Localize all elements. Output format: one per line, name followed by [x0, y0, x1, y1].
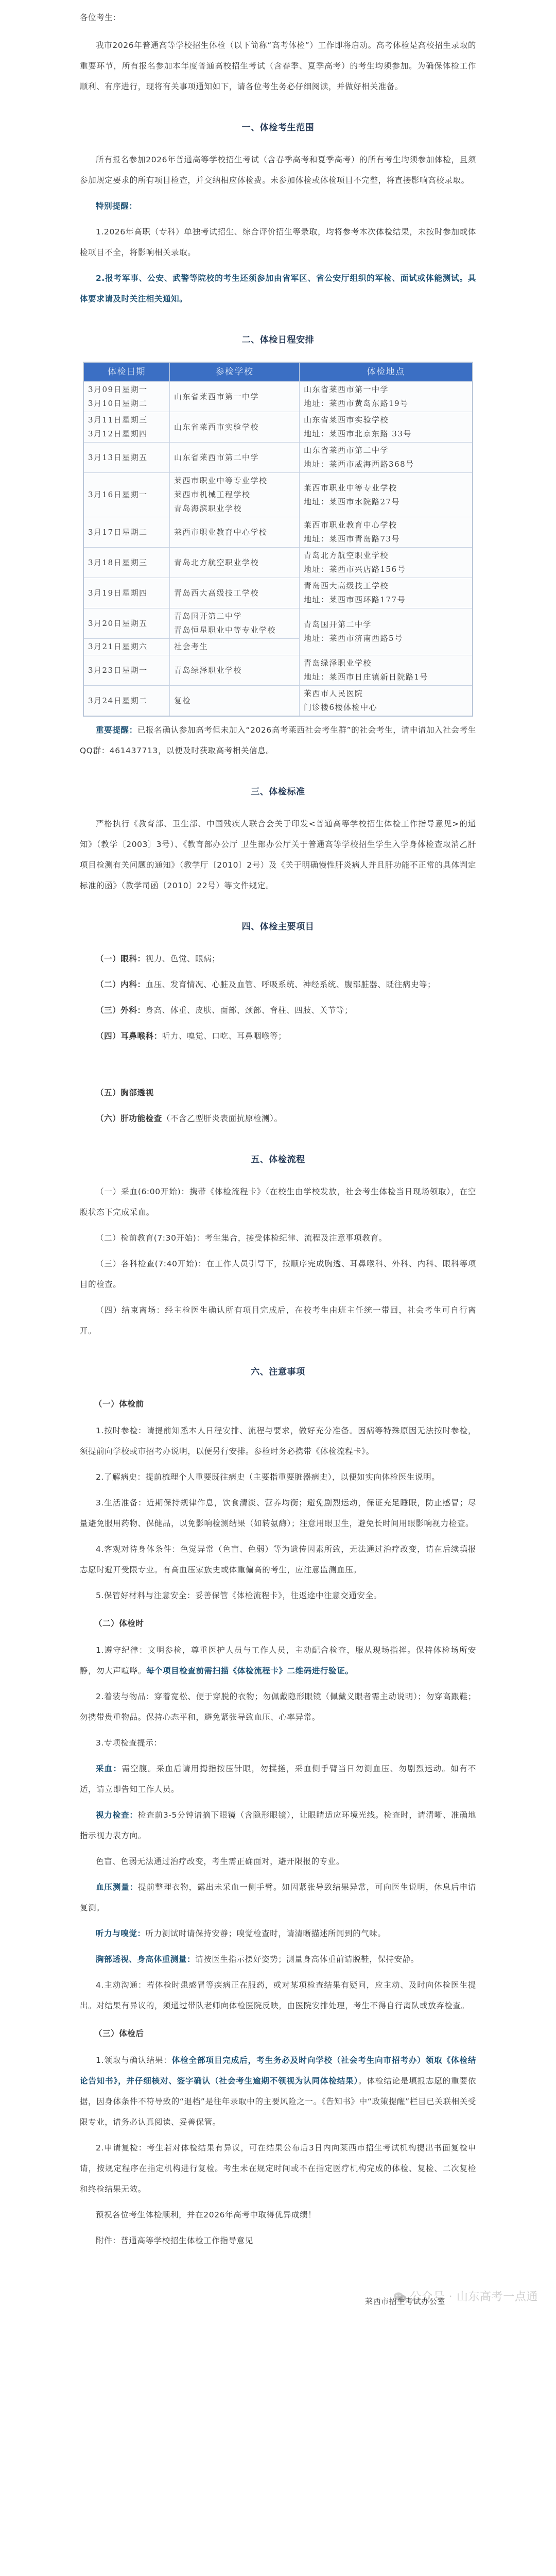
exam-item-chest: （五）胸部透视	[80, 1082, 476, 1103]
location-name: 莱西市人民医院	[304, 687, 468, 701]
during-item-2: 2.着装与物品：穿着宽松、便于穿脱的衣物；勿佩戴隐形眼镜（佩戴义眼者需主动说明）…	[80, 1686, 476, 1727]
location-address: 地址：莱西市青岛路73号	[304, 532, 468, 546]
location-name: 青岛北方航空职业学校	[304, 549, 468, 563]
special-reminder-label: 特别提醒：	[80, 196, 476, 216]
school: 青岛北方航空职业学校	[174, 556, 295, 570]
table-row: 3月18日星期三 青岛北方航空职业学校 青岛北方航空职业学校地址：莱西市兴店路1…	[83, 548, 473, 578]
schedule-header-row: 体检日期 参检学校 体检地点	[83, 362, 473, 382]
school: 莱西市职业教育中心学校	[174, 526, 295, 539]
date: 3月10日星期二	[88, 397, 165, 411]
tip-blood-draw: 采血：需空腹。采血后请用拇指按压针眼，勿揉搓，采血侧手臂当日勿测血压、勿剧烈运动…	[80, 1758, 476, 1800]
before-item-4: 4.客观对待身体条件：色觉异常（色盲、色弱）等为遗传因素所致，无法通过治疗改变，…	[80, 1539, 476, 1580]
during-item-4: 4.主动沟通：若体检时患感冒等疾病正在服药，或对某项检查结果有疑问，应主动、及时…	[80, 1975, 476, 2016]
section-title-items: 四、体检主要项目	[80, 917, 476, 937]
before-item-3: 3.生活准备：近期保持规律作息，饮食清淡、营养均衡；避免剧烈运动，保证充足睡眠，…	[80, 1493, 476, 1534]
exam-item-internal: （二）内科：血压、发育情况、心脏及血管、呼吸系统、神经系统、腹部脏器、既往病史等…	[80, 974, 476, 995]
issuer-signature: 莱西市招生考试办公室	[365, 2291, 445, 2312]
date: 3月18日星期三	[88, 556, 165, 570]
reminder-item-1: 1.2026年高职（专科）单独考试招生、综合评价招生等录取，均将参考本次体检结果…	[80, 222, 476, 263]
tip-color-blindness: 色盲、色弱无法通过治疗改变，考生需正确面对，避开限报的专业。	[80, 1851, 476, 1872]
signature-block: 公众号 · 山东高考一点通 莱西市招生考试办公室	[80, 2287, 476, 2313]
location-address: 地址：莱西市西环路177号	[304, 593, 468, 607]
date: 3月19日星期四	[88, 586, 165, 600]
exam-item-liver: （六）肝功能检查（不含乙型肝炎表面抗原检测）。	[80, 1108, 476, 1129]
intro-paragraph: 我市2026年普通高等学校招生体检（以下简称“高考体检”）工作即将启动。高考体检…	[80, 35, 476, 97]
section-title-standards: 三、体检标准	[80, 782, 476, 802]
location-address: 地址：莱西市济南西路5号	[304, 632, 468, 646]
standards-paragraph: 严格执行《教育部、卫生部、中国残疾人联合会关于印发<普通高等学校招生体检工作指导…	[80, 814, 476, 896]
subheading-before: （一）体检前	[80, 1394, 476, 1414]
exam-item-surgery: （三）外科：身高、体重、皮肤、面部、颈部、脊柱、四肢、关节等；	[80, 1000, 476, 1021]
before-item-1: 1.按时参检：请提前知悉本人日程安排、流程与要求，做好充分准备。因病等特殊原因无…	[80, 1420, 476, 1462]
section-title-scope: 一、体检考生范围	[80, 117, 476, 138]
process-step-2: （二）检前教育(7:30开始)：考生集合，接受体检纪律、流程及注意事项教育。	[80, 1228, 476, 1248]
location-name: 山东省莱西市第二中学	[304, 444, 468, 457]
process-step-1: （一）采血(6:00开始)：携带《体检流程卡》（在校生由学校发放，社会考生体检当…	[80, 1181, 476, 1223]
after-item-2: 2.申请复检：考生若对体检结果有异议，可在结果公布后3日内向莱西市招生考试机构提…	[80, 2138, 476, 2199]
process-step-4: （四）结束离场：经主检医生确认所有项目完成后，在校考生由班主任统一带回，社会考生…	[80, 1300, 476, 1341]
location-name: 莱西市职业中等专业学校	[304, 481, 468, 495]
subheading-during: （二）体检时	[80, 1613, 476, 1634]
attachment-note: 附件：普通高等学校招生体检工作指导意见	[80, 2230, 476, 2251]
tip-vision: 视力检查：检查前3-5分钟请摘下眼镜（含隐形眼镜），让眼睛适应环境光线。检查时，…	[80, 1805, 476, 1846]
header-school: 参检学校	[170, 362, 300, 382]
date: 3月21日星期六	[88, 640, 165, 654]
school: 社会考生	[174, 640, 295, 654]
location-name: 青岛绿泽职业学校	[304, 656, 468, 670]
section-title-schedule: 二、体检日程安排	[80, 330, 476, 350]
process-step-3: （三）各科检查(7:40开始)：在工作人员引导下，按顺序完成胸透、耳鼻喉科、外科…	[80, 1253, 476, 1295]
table-row: 3月24日星期二 复检 莱西市人民医院门诊楼6楼体检中心	[83, 686, 473, 717]
date: 3月17日星期二	[88, 526, 165, 539]
closing-wish: 预祝各位考生体检顺利，并在2026年高考中取得优异成绩！	[80, 2205, 476, 2225]
school: 青岛国开第二中学	[174, 609, 295, 623]
location-address: 地址：莱西市日庄镇新日院路1号	[304, 670, 468, 684]
school: 山东省莱西市实验学校	[174, 420, 295, 434]
school: 山东省莱西市第一中学	[174, 390, 295, 404]
after-item-1: 1.领取与确认结果：体检全部项目完成后，考生务必及时向学校（社会考生向市招考办）…	[80, 2050, 476, 2132]
table-row: 3月19日星期四 青岛西大高级技工学校 青岛西大高级技工学校地址：莱西市西环路1…	[83, 578, 473, 608]
notice-document: 各位考生: 我市2026年普通高等学校招生体检（以下简称“高考体检”）工作即将启…	[80, 0, 476, 2344]
section-title-notes: 六、注意事项	[80, 1362, 476, 1382]
header-date: 体检日期	[83, 362, 170, 382]
schedule-table: 体检日期 参检学校 体检地点 3月09日星期一3月10日星期二 山东省莱西市第一…	[83, 362, 473, 717]
date: 3月20日星期五	[88, 617, 165, 631]
date: 3月23日星期一	[88, 664, 165, 677]
exam-item-eye: （一）眼科：视力、色觉、眼病；	[80, 948, 476, 969]
location-address: 地址：莱西市兴店路156号	[304, 563, 468, 577]
important-label: 重要提醒：	[96, 725, 137, 735]
section-title-process: 五、体检流程	[80, 1149, 476, 1170]
school: 复检	[174, 694, 295, 708]
date: 3月12日星期四	[88, 427, 165, 441]
location-name: 莱西市职业教育中心学校	[304, 518, 468, 532]
location-address: 地址：莱西市北京东路 33号	[304, 427, 468, 441]
reminder-item-2: 2.报考军事、公安、武警等院校的考生还须参加由省军区、省公安厅组织的军检、面试或…	[80, 268, 476, 309]
school: 青岛海滨职业学校	[174, 502, 295, 516]
school: 山东省莱西市第二中学	[174, 451, 295, 465]
table-row: 3月16日星期一 莱西市职业中等专业学校莱西市机械工程学校青岛海滨职业学校 莱西…	[83, 473, 473, 517]
exam-item-ent: （四）耳鼻喉科：听力、嗅觉、口吃、耳鼻咽喉等；	[80, 1026, 476, 1046]
location-name: 青岛西大高级技工学校	[304, 579, 468, 593]
location-name: 山东省莱西市第一中学	[304, 383, 468, 397]
date: 3月13日星期五	[88, 451, 165, 465]
important-reminder: 重要提醒：已报名确认参加高考但未加入“2026高考莱西社会考生群”的社会考生，请…	[80, 720, 476, 761]
location-name: 青岛国开第二中学	[304, 618, 468, 632]
table-row: 3月11日星期三3月12日星期四 山东省莱西市实验学校 山东省莱西市实验学校地址…	[83, 412, 473, 443]
date: 3月11日星期三	[88, 413, 165, 427]
table-row: 3月09日星期一3月10日星期二 山东省莱西市第一中学 山东省莱西市第一中学地址…	[83, 382, 473, 412]
before-item-2: 2.了解病史：提前梳理个人重要既往病史（主要指重要脏器病史），以便如实向体检医生…	[80, 1467, 476, 1487]
location-address: 地址：莱西市水院路27号	[304, 495, 468, 509]
location-address: 地址：莱西市威海西路368号	[304, 457, 468, 471]
date: 3月16日星期一	[88, 488, 165, 502]
greeting: 各位考生:	[80, 7, 476, 28]
tip-hearing-smell: 听力与嗅觉：听力测试时请保持安静；嗅觉检查时，请清晰描述所闻到的气味。	[80, 1923, 476, 1944]
important-text: 已报名确认参加高考但未加入“2026高考莱西社会考生群”的社会考生，请申请加入社…	[80, 725, 476, 755]
school: 青岛绿泽职业学校	[174, 664, 295, 677]
during-item-3: 3.专项检查提示：	[80, 1733, 476, 1753]
table-row: 3月20日星期五 青岛国开第二中学青岛恒星职业中等专业学校 青岛国开第二中学地址…	[83, 608, 473, 639]
date: 3月09日星期一	[88, 383, 165, 397]
school: 莱西市职业中等专业学校	[174, 474, 295, 488]
school: 青岛恒星职业中等专业学校	[174, 623, 295, 637]
tip-blood-pressure: 血压测量：提前整理衣物，露出未采血一侧手臂。如因紧张导致结果异常，可向医生说明，…	[80, 1877, 476, 1918]
table-row: 3月17日星期二 莱西市职业教育中心学校 莱西市职业教育中心学校地址：莱西市青岛…	[83, 517, 473, 548]
school: 莱西市机械工程学校	[174, 488, 295, 502]
tip-chest-height-weight: 胸部透视、身高体重测量：请按医生指示摆好姿势；测量身高体重前请脱鞋，保持安静。	[80, 1949, 476, 1970]
during-item-1: 1.遵守纪律：文明参检，尊重医护人员与工作人员，主动配合检查，服从现场指挥。保持…	[80, 1640, 476, 1681]
before-item-5: 5.保管好材料与注意安全：妥善保管《体检流程卡》，往返途中注意交通安全。	[80, 1585, 476, 1606]
location-address: 地址：莱西市黄岛东路19号	[304, 397, 468, 411]
header-location: 体检地点	[300, 362, 473, 382]
location-address: 门诊楼6楼体检中心	[304, 701, 468, 715]
subheading-after: （三）体检后	[80, 2023, 476, 2044]
date: 3月24日星期二	[88, 694, 165, 708]
table-row: 3月23日星期一 青岛绿泽职业学校 青岛绿泽职业学校地址：莱西市日庄镇新日院路1…	[83, 655, 473, 686]
school: 青岛西大高级技工学校	[174, 586, 295, 600]
scope-paragraph: 所有报名参加2026年普通高等学校招生考试（含春季高考和夏季高考）的所有考生均须…	[80, 149, 476, 191]
location-name: 山东省莱西市实验学校	[304, 413, 468, 427]
table-row: 3月13日星期五 山东省莱西市第二中学 山东省莱西市第二中学地址：莱西市威海西路…	[83, 443, 473, 473]
